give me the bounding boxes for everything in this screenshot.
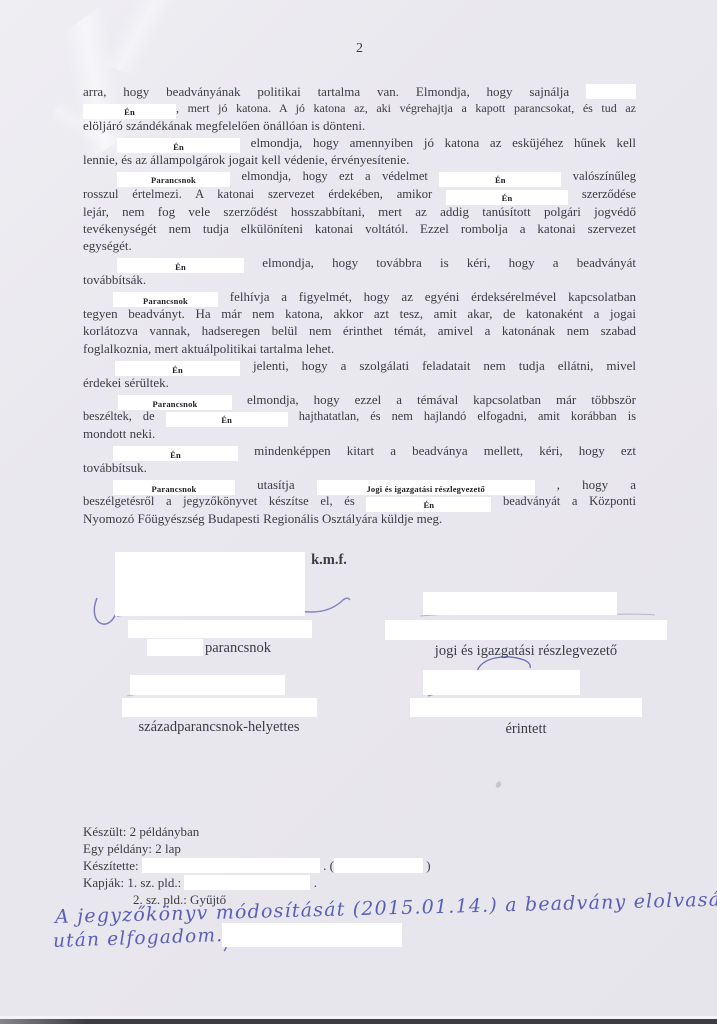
redaction-box <box>222 923 402 947</box>
redaction-box <box>410 698 642 717</box>
redaction-box <box>385 620 667 640</box>
scanned-document-page: 2 arra, hogy beadványának politikai tart… <box>0 0 717 1024</box>
redaction-box <box>147 639 203 656</box>
kmf-closing-abbreviation: k.m.f. <box>83 552 575 569</box>
redaction-box <box>130 675 285 695</box>
signature-title-deputy-company-commander: századparancsnok-helyettes <box>120 719 318 736</box>
redaction-box <box>128 620 312 638</box>
scan-edge-shadow <box>0 1019 717 1024</box>
redaction-overlay-layer <box>0 0 717 1024</box>
redaction-box <box>423 592 617 615</box>
signature-title-concerned-person: érintett <box>410 721 642 738</box>
signature-title-legal-division-head: jogi és igazgatási részlegvezető <box>385 643 667 660</box>
redaction-box <box>122 698 317 717</box>
signature-title-commander: parancsnok <box>205 640 271 657</box>
redaction-box <box>423 670 580 695</box>
